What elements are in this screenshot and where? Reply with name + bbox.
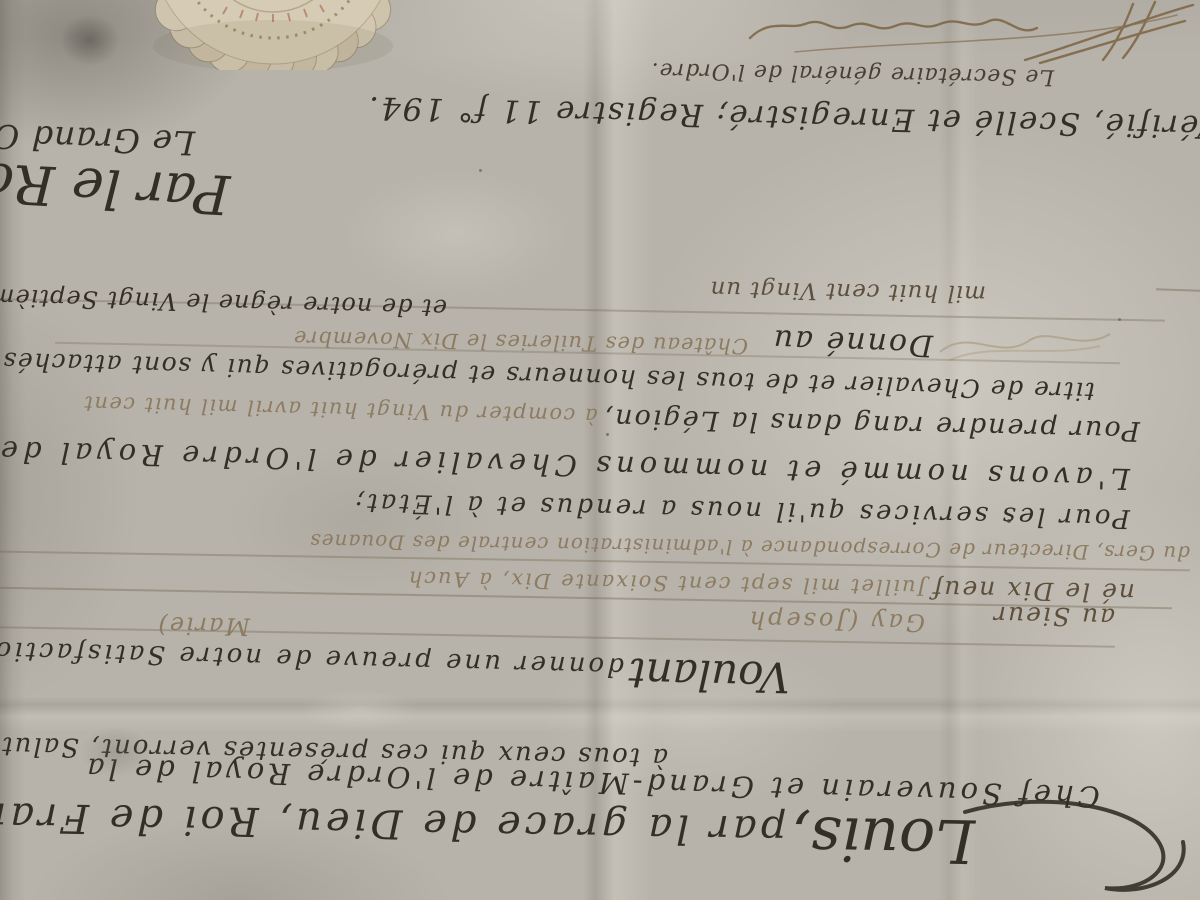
- line-regne: et de notre règne le Vingt Septième.: [42, 285, 447, 320]
- stain: [80, 726, 152, 778]
- line-date-annee: mil huit cent Vingt un: [718, 277, 986, 306]
- stain: [60, 14, 120, 66]
- embossed-paper-seal-icon: [128, 0, 418, 70]
- line-nom: Gay (Joseph: [635, 604, 925, 634]
- line-donne-au: Donné au: [745, 323, 934, 361]
- line-louis-initial: Louis,: [791, 802, 976, 875]
- ink-signature-flourish: [735, 0, 1200, 68]
- line-fonction: du Gers, Directeur de Correspondance à l…: [0, 525, 1190, 563]
- ruled-line: [1156, 288, 1200, 292]
- ink-speck: [1118, 318, 1121, 321]
- line-secretaire-general: Le Secrétaire général de l'Ordre.: [678, 59, 1054, 89]
- ink-speck: [479, 169, 482, 172]
- line-enregistrement: Vérifié, Scellé et Enregistré; Registre …: [330, 90, 1200, 143]
- line-voulant-initial: Voulant: [628, 649, 790, 702]
- line-rang-dark: Pour prendre rang dans la Légion,: [602, 402, 1140, 446]
- ink-speck: [606, 433, 609, 436]
- line-par-le-roi: Par le Roi: [0, 150, 231, 222]
- line-sieur: au Sieur: [925, 600, 1115, 630]
- parchment-document-photo: Le Secrétaire général de l'Ordre. Vérifi…: [0, 0, 1200, 900]
- ink-speck: [1007, 519, 1011, 523]
- line-donne-lieu: Château des Tuileries le Dix Novembre: [285, 327, 748, 357]
- line-rang-date: à compter du Vingt huit avril mil huit c…: [83, 391, 598, 428]
- stain: [300, 690, 420, 730]
- line-voulant-suite: donner une preuve de notre Satisfaction: [0, 635, 624, 682]
- line-nom-suite: Marie): [80, 611, 250, 639]
